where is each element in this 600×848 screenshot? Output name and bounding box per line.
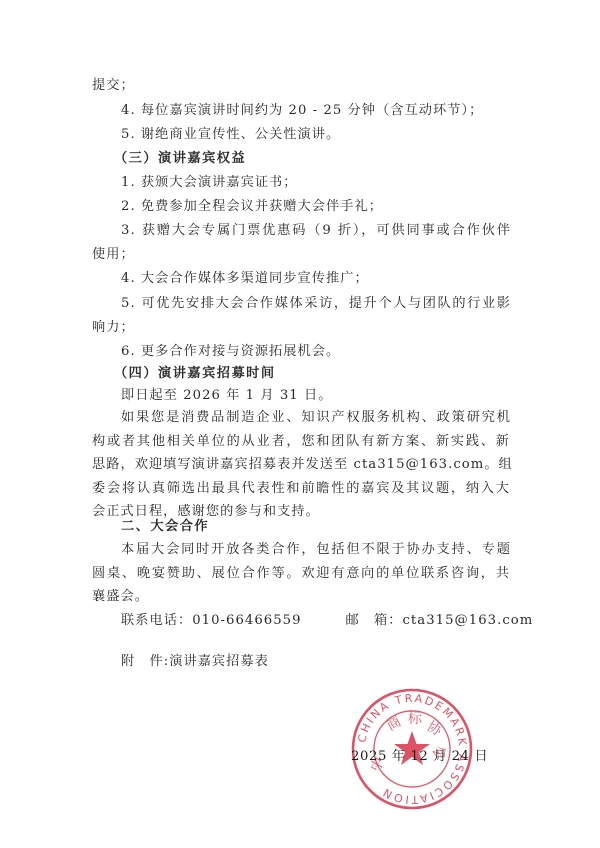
list-item: 2. 免费参加全程会议并获赠大会伴手礼； bbox=[121, 197, 511, 217]
contact-line: 联系电话：010-66466559邮 箱：cta315@163.com bbox=[121, 611, 511, 631]
paragraph-line: 构或者其他相关单位的从业者，您和团队有新方案、新实践、新 bbox=[92, 432, 510, 452]
list-item: 6. 更多合作对接与资源拓展机会。 bbox=[121, 342, 511, 362]
phone-number: 010-66466559 bbox=[192, 613, 301, 628]
email-address: cta315@163.com bbox=[403, 613, 534, 628]
text-line: 提交； bbox=[92, 76, 510, 96]
svg-text:协: 协 bbox=[424, 718, 445, 740]
paragraph-line: 思路，欢迎填写演讲嘉宾招募表并发送至 cta315@163.com。组 bbox=[92, 455, 510, 475]
email-label: 邮 箱： bbox=[346, 613, 403, 628]
paragraph-line: 如果您是消费品制造企业、知识产权服务机构、政策研究机 bbox=[121, 408, 511, 428]
svg-text:商: 商 bbox=[384, 714, 404, 735]
svg-text:标: 标 bbox=[408, 710, 423, 727]
section-heading: （四）演讲嘉宾招募时间 bbox=[114, 364, 532, 384]
document-page: 提交； 4. 每位嘉宾演讲时间约为 20 - 25 分钟（含互动环节）； 5. … bbox=[0, 0, 600, 848]
attachment-line: 附 件:演讲嘉宾招募表 bbox=[121, 652, 511, 672]
text-line: 即日起至 2026 年 1 月 31 日。 bbox=[121, 386, 511, 406]
paragraph-line: 本届大会同时开放各类合作，包括但不限于协办支持、专题 bbox=[121, 540, 511, 560]
list-item: 4. 每位嘉宾演讲时间约为 20 - 25 分钟（含互动环节）； bbox=[121, 101, 511, 121]
paragraph-line: 圆桌、晚宴赞助、展位合作等。欢迎有意向的单位联系咨询，共 bbox=[92, 564, 510, 584]
list-item: 5. 可优先安排大会合作媒体采访，提升个人与团队的行业影 bbox=[121, 294, 511, 314]
section-heading: 二、大会合作 bbox=[121, 517, 511, 537]
text-line: 使用； bbox=[92, 245, 510, 265]
phone-label: 联系电话： bbox=[121, 613, 192, 628]
attachment-name: 演讲嘉宾招募表 bbox=[169, 654, 269, 669]
list-item: 5. 谢绝商业宣传性、公关性演讲。 bbox=[121, 125, 511, 145]
list-item: 1. 获颁大会演讲嘉宾证书； bbox=[121, 173, 511, 193]
list-item: 4. 大会合作媒体多渠道同步宣传推广； bbox=[121, 269, 511, 289]
signature-date: 2025 年 12 月 24 日 bbox=[351, 747, 488, 767]
text-line: 响力； bbox=[92, 318, 510, 338]
paragraph-line: 襄盛会。 bbox=[92, 587, 510, 607]
list-item: 3. 获赠大会专属门票优惠码（9 折），可供同事或合作伙伴 bbox=[121, 221, 511, 241]
attachment-label: 附 件: bbox=[121, 654, 169, 669]
paragraph-line: 委会将认真筛选出最具代表性和前瞻性的嘉宾及其议题，纳入大 bbox=[92, 479, 510, 499]
section-heading: （三）演讲嘉宾权益 bbox=[114, 149, 532, 169]
